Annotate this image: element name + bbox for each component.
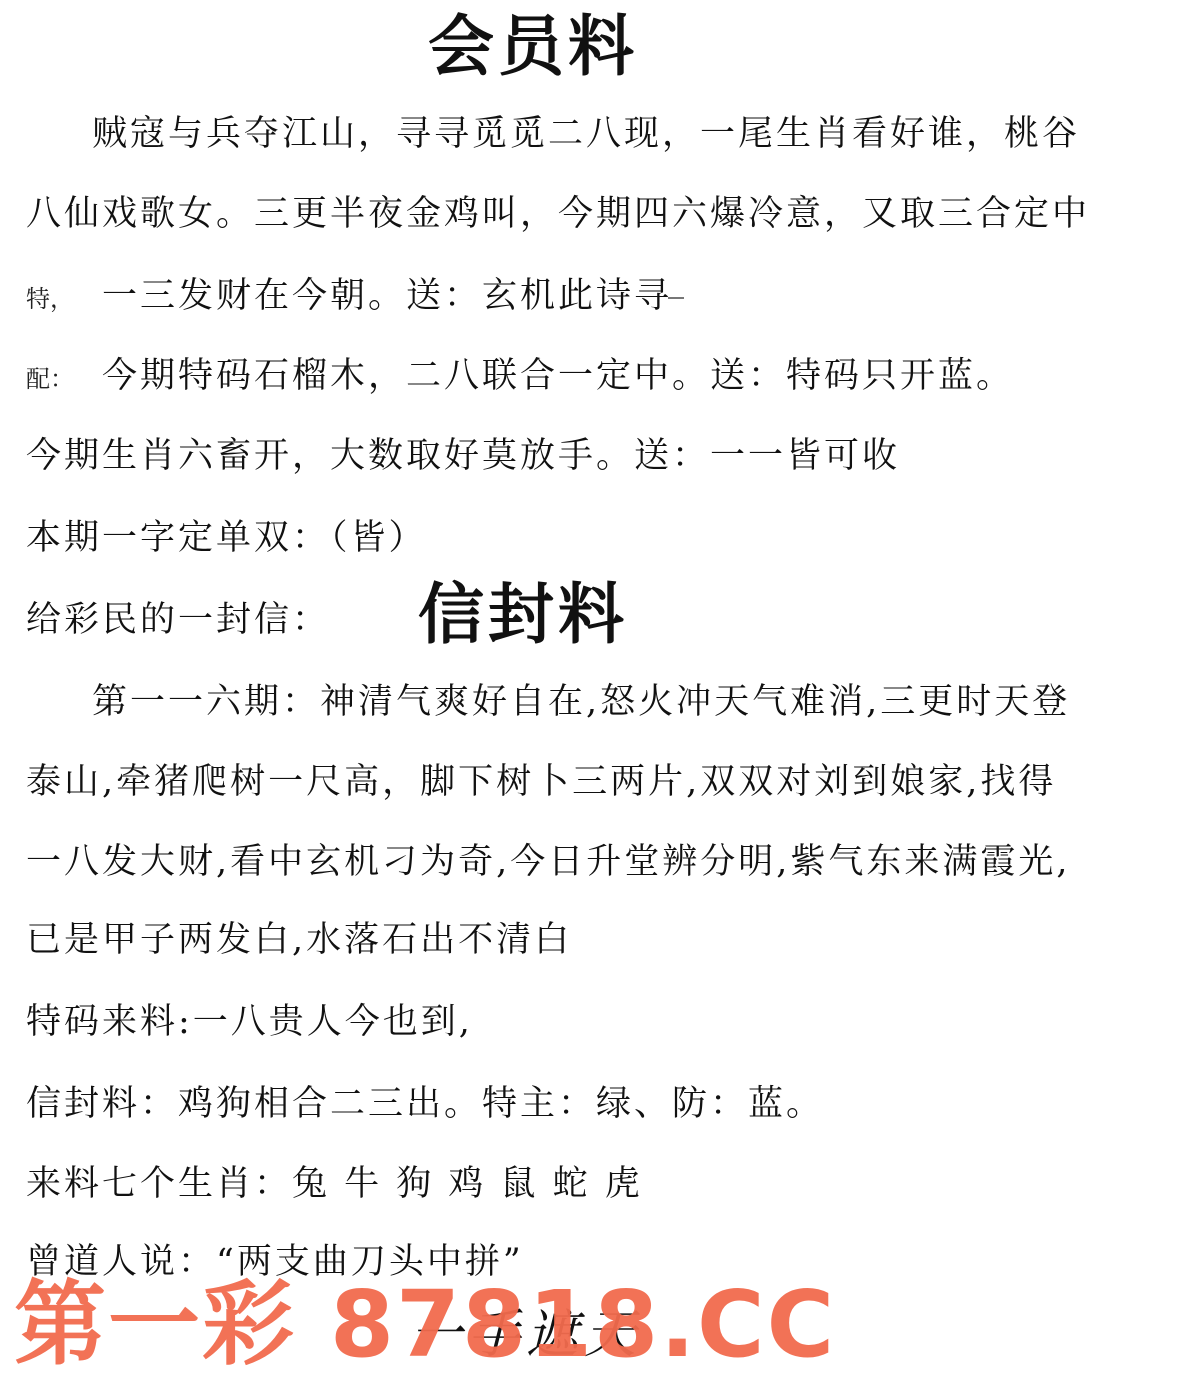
zodiac-seven-line: 来料七个生肖：兔 牛 狗 鸡 鼠 蛇 虎 — [26, 1162, 643, 1206]
line-4-prefix: 配： — [26, 365, 74, 393]
member-title: 会员料 — [428, 6, 638, 86]
line-4-text: 今期特码石榴木，二八联合一定中。送：特码只开蓝。 — [102, 356, 1014, 396]
letter-label: 给彩民的一封信： — [26, 598, 330, 642]
period-line-3: 一八发大财,看中玄机刁为奇,今日升堂辨分明,紫气东来满霞光, — [26, 840, 1071, 884]
odd-even-line: 本期一字定单双：（皆） — [26, 516, 427, 560]
envelope-title: 信封料 — [418, 574, 628, 654]
poem-line-2: 八仙戏歌女。三更半夜金鸡叫，今期四六爆冷意，又取三合定中 — [26, 192, 1090, 236]
period-line-1: 第一一六期：神清气爽好自在,怒火冲天气难消,三更时天登 — [92, 680, 1070, 724]
poem-line-3: 特，一三发财在今朝。送：玄机此诗寻 — [26, 274, 684, 321]
envelope-line: 信封料：鸡狗相合二三出。特主：绿、防：蓝。 — [26, 1082, 824, 1126]
line-3-text: 一三发财在今朝。送：玄机此诗寻 — [102, 276, 672, 316]
special-code-line: 特码来料:一八贵人今也到, — [26, 1000, 473, 1044]
poem-line-1: 贼寇与兵夺江山，寻寻觅觅二八现，一尾生肖看好谁，桃谷 — [92, 112, 1080, 156]
zodiac-line: 今期生肖六畜开，大数取好莫放手。送：一一皆可收 — [26, 434, 900, 478]
strike-mark — [668, 297, 684, 299]
watermark: 第一彩 87818.CC — [14, 1270, 836, 1380]
period-line-2: 泰山,牵猪爬树一尺高，脚下树卜三两片,双双对刘到娘家,找得 — [26, 760, 1056, 804]
period-line-4: 已是甲子两发白,水落石出不清白 — [26, 918, 572, 962]
poem-line-4: 配：今期特码石榴木，二八联合一定中。送：特码只开蓝。 — [26, 354, 1014, 401]
line-3-prefix: 特， — [26, 285, 74, 313]
